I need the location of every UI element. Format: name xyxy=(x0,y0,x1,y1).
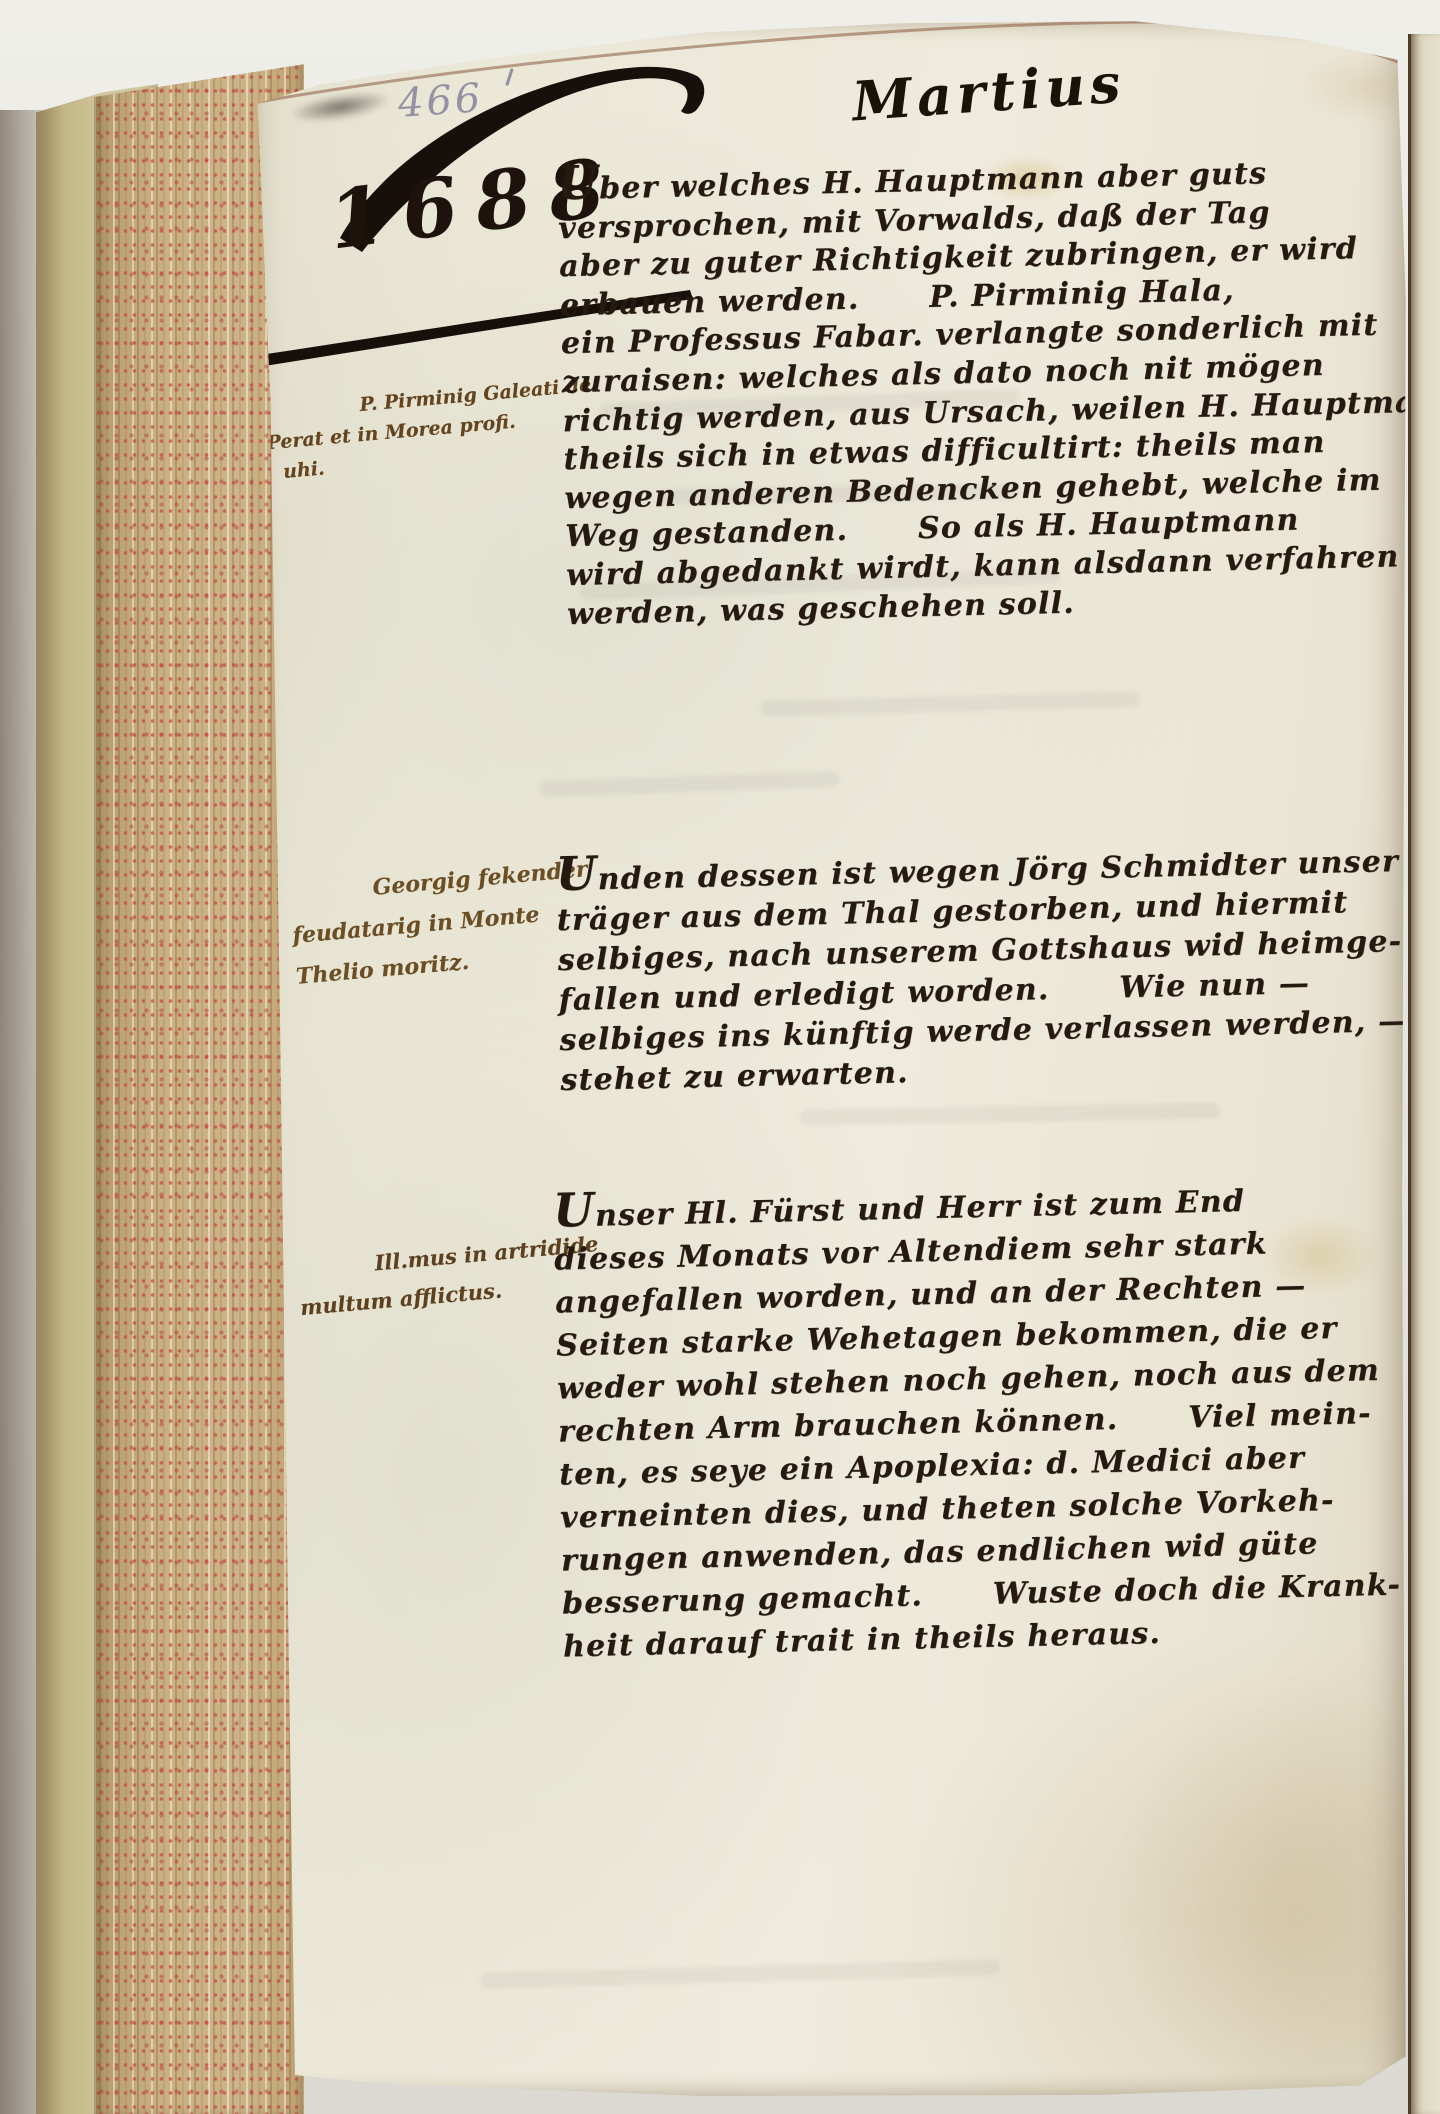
bleedthrough-mark xyxy=(540,771,840,797)
month-heading: Martius xyxy=(850,51,1127,134)
bleedthrough-mark xyxy=(760,691,1140,717)
bleedthrough-mark xyxy=(800,1102,1220,1125)
pencil-smudge xyxy=(287,86,394,128)
manuscript-page: 466 Martius 1688 P. Pirminig Galeati deP… xyxy=(240,16,1408,2098)
bleedthrough-mark xyxy=(480,1959,1000,1989)
folio-number: 466 xyxy=(396,75,484,127)
margin-note-pirminig: P. Pirminig Galeati dePerat et in Morea … xyxy=(263,370,598,488)
paper-stain xyxy=(1120,1676,1440,2096)
body-paragraph-1: Uber welches H. Hauptmann aber gutsversp… xyxy=(557,144,1440,634)
body-paragraph-2: Unden dessen ist wegen Jörg Schmidter un… xyxy=(555,833,1440,1101)
margin-note-fekender: Georgig fekenderfeudatarig in MonteTheli… xyxy=(287,849,596,998)
folio-tick-mark xyxy=(505,68,513,86)
body-paragraph-3: Unser Hl. Fürst und Herr ist zum Enddies… xyxy=(553,1173,1403,1669)
next-page-sliver xyxy=(1408,34,1440,2114)
